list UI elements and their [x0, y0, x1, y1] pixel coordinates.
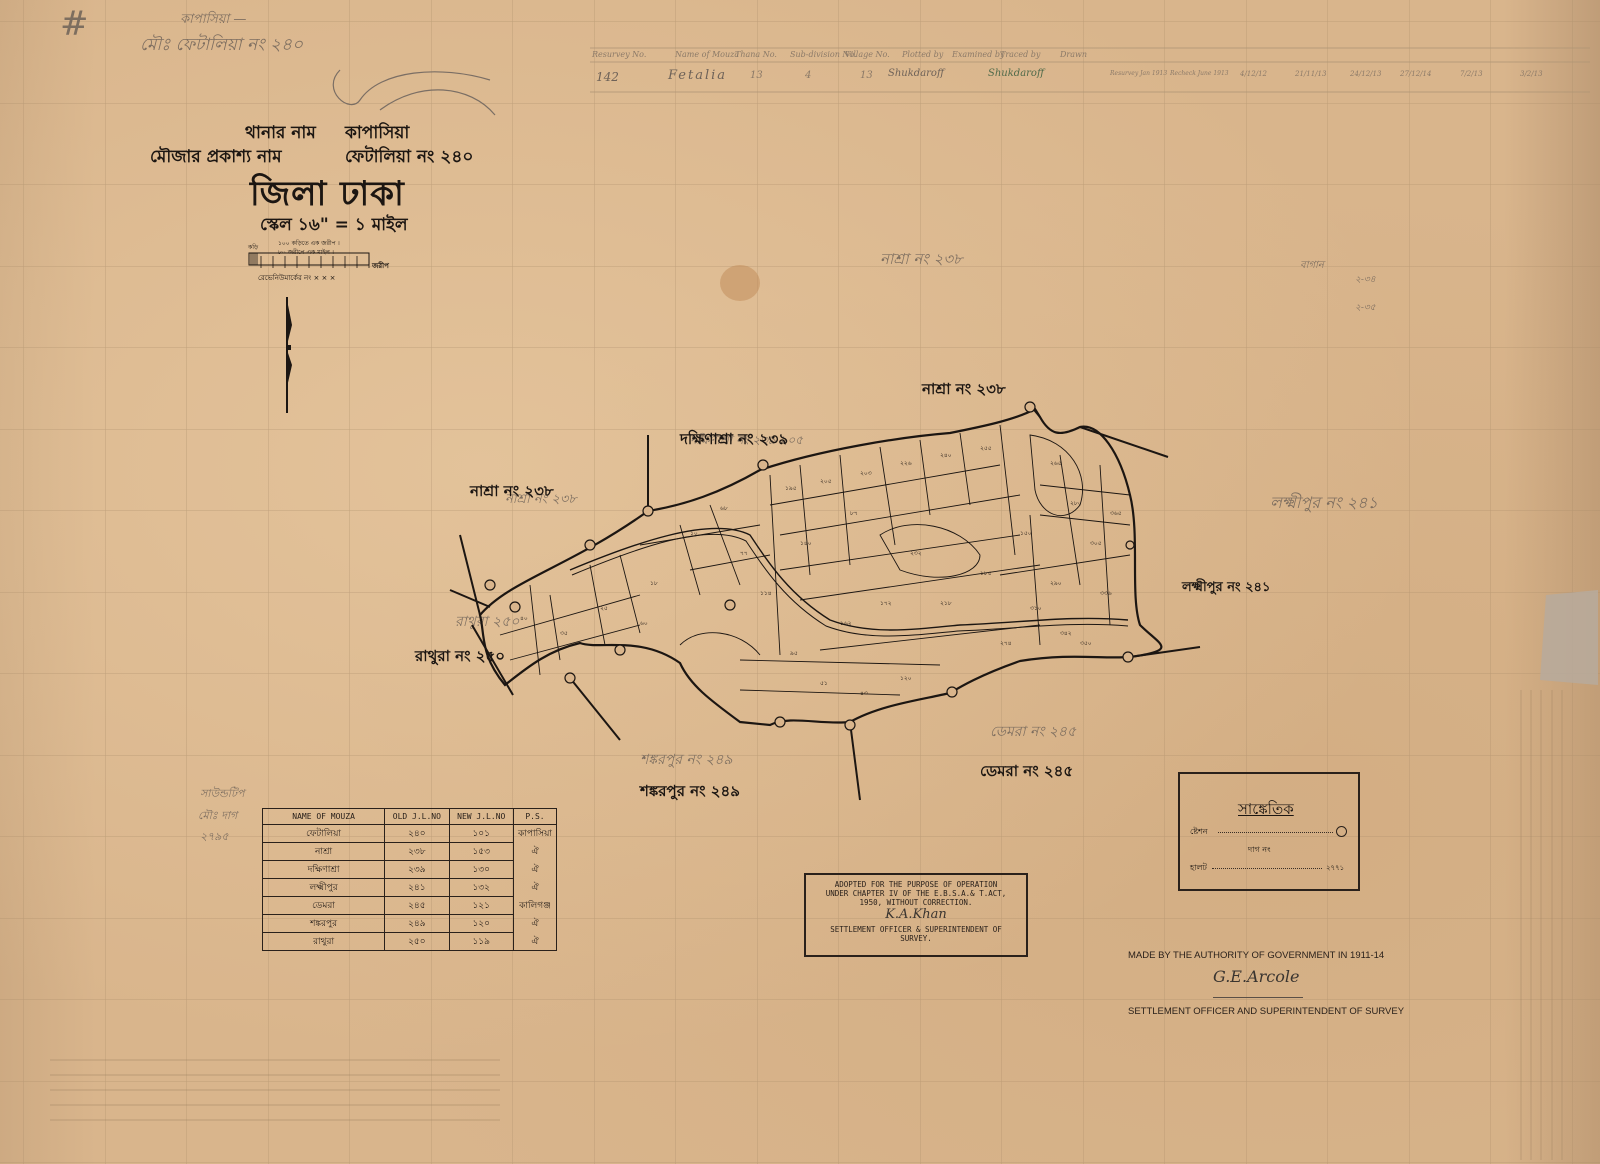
mouza-boundary — [480, 409, 1161, 725]
neighbor-west: নাশ্রা নং ২৩৮ — [470, 480, 554, 505]
cell-new-jl: ১৩২ — [449, 879, 513, 897]
stamp-line5: SURVEY. — [806, 934, 1026, 943]
parcel-number: ২০৫ — [820, 478, 832, 485]
register-mouza-label: Name of Mouza — [675, 50, 739, 59]
neighbor-south: শঙ্করপুর নং ২৪৯ — [640, 780, 740, 805]
table-row: দক্ষিণাশ্রা২৩৯১৩০ঐ — [263, 861, 557, 879]
map-sheet: Resurvey No. 142 Name of Mouza Fetalia T… — [0, 0, 1600, 1164]
register-ended3-value: 3/2/13 — [1520, 70, 1543, 78]
cell-old-jl: ২৪১ — [385, 879, 449, 897]
col-header-ps: P.S. — [513, 809, 556, 825]
pencil-note-nashra-top: নাশ্রা নং ২৩৮ — [880, 248, 963, 273]
cell-ps: ঐ — [513, 915, 556, 933]
scale-text: স্কেল ১৬" = ১ মাইল — [260, 212, 408, 240]
register-ended1-value: 24/12/13 — [1350, 70, 1381, 78]
parcel-number: ৩৩৬ — [1100, 590, 1112, 597]
parcel-number: ২৩২ — [910, 550, 922, 557]
register-commenced1-value: 21/11/13 — [1295, 70, 1326, 78]
table-row: ফেটালিয়া২৪০১০১কাপাসিয়া — [263, 825, 557, 843]
legend-halot-label: হালট — [1190, 862, 1207, 875]
parcel-number: ২৪০ — [940, 452, 952, 459]
cell-name: দক্ষিণাশ্রা — [263, 861, 385, 879]
col-header-new-jl: NEW J.L.NO — [449, 809, 513, 825]
register-resurvey-value: 142 — [596, 70, 619, 84]
parcel-number: ১৯৫ — [785, 485, 797, 492]
cell-name: রাথুরা — [263, 933, 385, 951]
register-commenced2-value: 27/12/14 — [1400, 70, 1431, 78]
legend-station-label: ষ্টেশন — [1190, 826, 1208, 839]
table-row: নাশ্রা২৩৮১৫৩ঐ — [263, 843, 557, 861]
parcel-number: ২১৮ — [940, 600, 952, 607]
cell-new-jl: ১২১ — [449, 897, 513, 915]
cell-old-jl: ২৩৮ — [385, 843, 449, 861]
pencil-note-table-side-2: মৌঃ দাগ — [198, 807, 237, 826]
cell-ps: ঐ — [513, 843, 556, 861]
parcel-number: ১২০ — [900, 675, 912, 682]
col-header-name: NAME OF MOUZA — [263, 809, 385, 825]
cell-ps: ঐ — [513, 933, 556, 951]
register-plotted-value: Shukdaroff — [888, 68, 944, 79]
pencil-note-laxmipur: লক্ষ্মীপুর নং ২৪১ — [1270, 490, 1378, 517]
cell-old-jl: ২৪০ — [385, 825, 449, 843]
parcel-number: ১০ — [690, 530, 698, 537]
legend-halot-value: ২৭৭১ — [1326, 862, 1344, 874]
parcel-number: ২২৬ — [900, 460, 912, 467]
authority-signature: G.E.Arcole — [1213, 967, 1303, 998]
stamp-line3: 1950, WITHOUT CORRECTION. — [806, 898, 1026, 907]
hash-mark: # — [60, 4, 89, 44]
register-printed-value: 4/12/12 — [1240, 70, 1267, 78]
register-drawn-label: Drawn — [1060, 50, 1087, 59]
neighbor-north: নাশ্রা নং ২৩৮ — [922, 378, 1006, 403]
authority-line2: SETTLEMENT OFFICER AND SUPERINTENDENT OF… — [1128, 1006, 1428, 1017]
register-thana-label: Thana No. — [735, 50, 777, 59]
pencil-note-thana: কাপাসিয়া — — [180, 10, 246, 31]
cell-ps: কালিগঞ্জ — [513, 897, 556, 915]
cell-name: নাশ্রা — [263, 843, 385, 861]
table-row: শঙ্করপুর২৪৯১২০ঐ — [263, 915, 557, 933]
pencil-note-table-side-3: ২৭৯৫ — [200, 828, 229, 847]
cell-old-jl: ২৪৫ — [385, 897, 449, 915]
stamp-line4: SETTLEMENT OFFICER & SUPERINTENDENT OF — [806, 925, 1026, 934]
cell-name: ডেমরা — [263, 897, 385, 915]
revenue-mark: রেভেনিউমার্কের নং ⨯ ⨯ ⨯ — [258, 272, 336, 284]
register-mouza-value: Fetalia — [668, 68, 727, 83]
cell-old-jl: ২৩৯ — [385, 861, 449, 879]
parcel-number: ৪৩ — [860, 690, 868, 697]
parcel-number: ২৫ — [600, 605, 608, 612]
stamp-line1: ADOPTED FOR THE PURPOSE OF OPERATION — [806, 880, 1026, 889]
scale-bar: কড়ি ১০০ কড়িতে এক জরীপ । ৮০ জরীপে এক মা… — [248, 238, 418, 288]
cell-new-jl: ১৫৩ — [449, 843, 513, 861]
parcel-number: ৮৭ — [850, 510, 858, 517]
parcel-number: ৫১ — [820, 680, 828, 687]
register-traced-value: Shukdaroff — [988, 68, 1044, 79]
parcel-number: ৩৪২ — [1060, 630, 1072, 637]
parcel-number: ২৮০ — [1070, 500, 1082, 507]
parcel-number: ৭৭ — [740, 550, 748, 557]
scale-ruler — [248, 252, 372, 268]
north-arrow-icon — [278, 295, 298, 415]
pencil-note-margin-3: ২-৩৫ — [1355, 300, 1376, 315]
register-ended2-value: 7/2/13 — [1460, 70, 1483, 78]
register-traverse-value: Resurvey Jan 1913 — [1110, 70, 1167, 77]
parcel-number: ৩৫ — [560, 630, 568, 637]
legend-plot-label: দাগ নং — [1248, 844, 1271, 857]
cell-name: লক্ষ্মীপুর — [263, 879, 385, 897]
neighbor-southwest: রাথুরা নং ২৫০ — [415, 645, 505, 670]
parcel-number: ২০৩ — [860, 470, 872, 477]
register-header: Resurvey No. 142 Name of Mouza Fetalia T… — [590, 48, 1590, 92]
register-examined-label: Examined by — [952, 50, 1004, 59]
parcel-number: ৯৫ — [790, 650, 798, 657]
scale-unit: জরীপ — [372, 260, 389, 272]
neighbor-east: লক্ষ্মীপুর নং ২৪১ — [1182, 578, 1270, 599]
col-header-old-jl: OLD J.L.NO — [385, 809, 449, 825]
parcel-number: ১৪০ — [800, 540, 812, 547]
register-village-label: Village No. — [845, 50, 890, 59]
register-checked-value: Recheck June 1913 — [1170, 70, 1229, 77]
stamp-signature: K.A.Khan — [806, 907, 1026, 925]
cell-name: শঙ্করপুর — [263, 915, 385, 933]
legend-title: সাঙ্কেতিক — [1238, 798, 1294, 823]
parcel-number: ৩৬৫ — [1110, 510, 1122, 517]
parcel-number: ৬০ — [640, 620, 648, 627]
parcel-number: ১৮৫ — [980, 570, 992, 577]
neighbor-northwest: দক্ষিণাশ্রা নং ২৩৯ — [680, 428, 788, 453]
register-resurvey-label: Resurvey No. — [592, 50, 646, 59]
parcel-number: ১১৪ — [760, 590, 772, 597]
cell-ps: কাপাসিয়া — [513, 825, 556, 843]
cell-old-jl: ২৪৯ — [385, 915, 449, 933]
register-plotted-label: Plotted by — [902, 50, 943, 59]
parcel-number: ২৭৪ — [1000, 640, 1012, 647]
parcel-number: ১৬২ — [840, 620, 852, 627]
pencil-note-margin-1: বাগান — [1300, 258, 1324, 275]
pencil-note-mouza: মৌঃ ফেটালিয়া নং ২৪০ — [140, 32, 303, 60]
register-village-value: 13 — [860, 70, 873, 81]
cell-ps: ঐ — [513, 879, 556, 897]
cell-name: ফেটালিয়া — [263, 825, 385, 843]
parcel-number: ৩০৫ — [1090, 540, 1102, 547]
table-row: লক্ষ্মীপুর২৪১১৩২ঐ — [263, 879, 557, 897]
pencil-note-margin-2: ২-৩৪ — [1355, 272, 1376, 287]
cell-new-jl: ১২০ — [449, 915, 513, 933]
parcel-number: ২৫৫ — [980, 445, 992, 452]
parcel-number: ২৬৫ — [1050, 460, 1062, 467]
mouza-table-header: NAME OF MOUZA OLD J.L.NO NEW J.L.NO P.S. — [263, 809, 557, 825]
table-row: রাথুরা২৫০১১৯ঐ — [263, 933, 557, 951]
legend-box: সাঙ্কেতিক ষ্টেশন দাগ নং হালট ২৭৭১ — [1178, 772, 1360, 891]
pencil-note-table-side-1: সাউন্ডটিপ — [200, 785, 244, 804]
adoption-stamp: ADOPTED FOR THE PURPOSE OF OPERATION UND… — [804, 873, 1028, 957]
register-subdiv-value: 4 — [805, 70, 811, 81]
parcel-number: ৩১০ — [1030, 605, 1042, 612]
mouza-table: NAME OF MOUZA OLD J.L.NO NEW J.L.NO P.S.… — [262, 808, 557, 951]
authority-line1: MADE BY THE AUTHORITY OF GOVERNMENT IN 1… — [1128, 950, 1428, 961]
register-thana-value: 13 — [750, 70, 763, 81]
cell-new-jl: ১৩০ — [449, 861, 513, 879]
parcel-number: ১৫০ — [1020, 530, 1032, 537]
parcel-number: ৩৫০ — [1080, 640, 1092, 647]
parcel-number: ৬৮ — [720, 505, 728, 512]
neighbor-southeast: ডেমরা নং ২৪৫ — [980, 760, 1073, 785]
register-traced-label: Traced by — [1000, 50, 1040, 59]
cell-old-jl: ২৫০ — [385, 933, 449, 951]
table-row: ডেমরা২৪৫১২১কালিগঞ্জ — [263, 897, 557, 915]
cell-new-jl: ১১৯ — [449, 933, 513, 951]
cell-new-jl: ১০১ — [449, 825, 513, 843]
cadastral-map: ৪০ ৩৫ ২৫ ১৮ ১০ ৬৮ ১৯৫ ২০৫ ২০৩ ২২৬ ২৪০ ২৫… — [440, 395, 1240, 825]
parcel-number: ৪০ — [520, 615, 528, 622]
stamp-line2: UNDER CHAPTER IV OF THE E.B.S.A.& T.ACT, — [806, 889, 1026, 898]
parcel-number: ২৯০ — [1050, 580, 1062, 587]
legend-halot-line — [1212, 868, 1322, 869]
legend-station-line — [1218, 832, 1333, 833]
cell-ps: ঐ — [513, 861, 556, 879]
parcel-number: ১৭২ — [880, 600, 892, 607]
parcel-number: ১৮ — [650, 580, 658, 587]
authority-block: MADE BY THE AUTHORITY OF GOVERNMENT IN 1… — [1128, 950, 1428, 1017]
station-icon — [1336, 826, 1347, 837]
